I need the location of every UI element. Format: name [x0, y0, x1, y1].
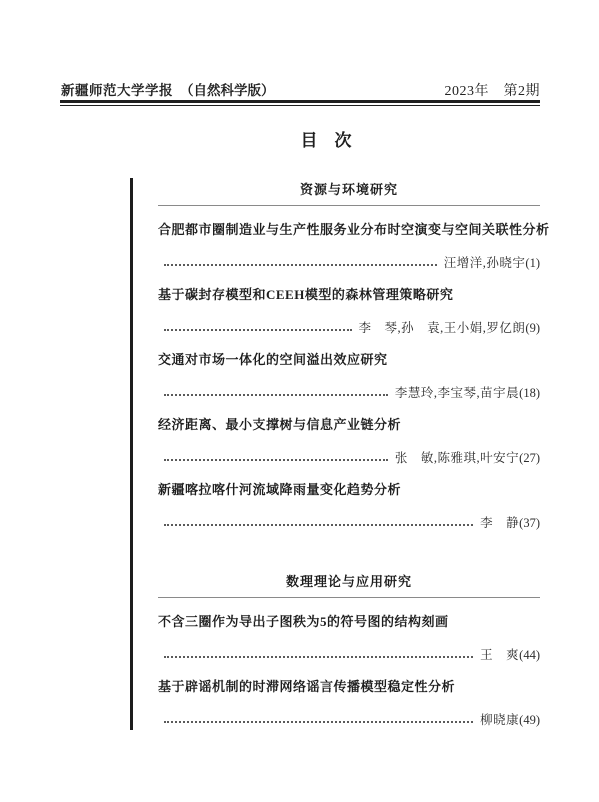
dot-leader — [164, 394, 388, 396]
section-title: 数理理论与应用研究 — [158, 575, 540, 589]
article-authors: 李慧玲,李宝琴,苗宇晨 — [395, 383, 519, 401]
article-page-number: (27) — [519, 451, 540, 466]
article-title: 经济距离、最小支撑树与信息产业链分析 — [158, 416, 540, 433]
toc-entry: 合肥都市圈制造业与生产性服务业分布时空演变与空间关联性分析 汪增洋,孙晓宇(1) — [158, 221, 540, 271]
article-title: 合肥都市圈制造业与生产性服务业分布时空演变与空间关联性分析 — [158, 221, 540, 238]
dot-leader — [164, 721, 473, 723]
leader-row: 李慧玲,李宝琴,苗宇晨(18) — [158, 384, 540, 401]
dot-leader — [164, 524, 473, 526]
section-math-theory-application: 数理理论与应用研究 不含三圈作为导出子图秩为5的符号图的结构刻画 王 爽(44)… — [158, 575, 540, 728]
article-title: 不含三圈作为导出子图秩为5的符号图的结构刻画 — [158, 613, 540, 630]
journal-name: 新疆师范大学学报 — [61, 83, 173, 98]
section-resources-environment: 资源与环境研究 合肥都市圈制造业与生产性服务业分布时空演变与空间关联性分析 汪增… — [158, 183, 540, 531]
article-authors: 王 爽 — [480, 645, 519, 663]
journal-issue: 2023年 第2期 — [445, 80, 541, 100]
leader-row: 柳晓康(49) — [158, 711, 540, 728]
article-title: 交通对市场一体化的空间溢出效应研究 — [158, 351, 540, 368]
toc-entry: 基于碳封存模型和CEEH模型的森林管理策略研究 李 琴,孙 袁,王小娟,罗亿朗(… — [158, 286, 540, 336]
dot-leader — [164, 329, 352, 331]
article-title: 基于碳封存模型和CEEH模型的森林管理策略研究 — [158, 286, 540, 303]
leader-row: 王 爽(44) — [158, 646, 540, 663]
header-double-rule — [60, 100, 540, 106]
article-page-number: (49) — [519, 713, 540, 728]
toc-content: 资源与环境研究 合肥都市圈制造业与生产性服务业分布时空演变与空间关联性分析 汪增… — [158, 183, 540, 743]
article-page-number: (18) — [519, 386, 540, 401]
journal-edition: （自然科学版） — [180, 83, 275, 98]
article-authors: 柳晓康 — [480, 710, 519, 728]
journal-toc-page: { "header": { "journal_name": "新疆师范大学学报"… — [0, 0, 599, 802]
left-vertical-rule — [130, 178, 133, 730]
leader-row: 李 静(37) — [158, 514, 540, 531]
section-underline — [158, 597, 540, 598]
dot-leader — [164, 656, 473, 658]
toc-entry: 基于辟谣机制的时滞网络谣言传播模型稳定性分析 柳晓康(49) — [158, 678, 540, 728]
toc-entry: 经济距离、最小支撑树与信息产业链分析 张 敏,陈雅琪,叶安宁(27) — [158, 416, 540, 466]
article-title: 新疆喀拉喀什河流域降雨量变化趋势分析 — [158, 481, 540, 498]
article-authors: 张 敏,陈雅琪,叶安宁 — [395, 448, 519, 466]
article-page-number: (44) — [519, 648, 540, 663]
article-page-number: (1) — [525, 256, 540, 271]
toc-entry: 不含三圈作为导出子图秩为5的符号图的结构刻画 王 爽(44) — [158, 613, 540, 663]
leader-row: 李 琴,孙 袁,王小娟,罗亿朗(9) — [158, 319, 540, 336]
running-head: 新疆师范大学学报（自然科学版） 2023年 第2期 — [61, 79, 540, 100]
article-authors: 李 琴,孙 袁,王小娟,罗亿朗 — [359, 318, 526, 336]
section-underline — [158, 205, 540, 206]
toc-page-title: 目 次 — [53, 126, 599, 151]
journal-title-block: 新疆师范大学学报（自然科学版） — [61, 79, 275, 100]
article-page-number: (9) — [525, 321, 540, 336]
dot-leader — [164, 459, 388, 461]
leader-row: 汪增洋,孙晓宇(1) — [158, 254, 540, 271]
section-title: 资源与环境研究 — [158, 183, 540, 197]
article-authors: 汪增洋,孙晓宇 — [444, 253, 526, 271]
toc-entry: 新疆喀拉喀什河流域降雨量变化趋势分析 李 静(37) — [158, 481, 540, 531]
article-page-number: (37) — [519, 516, 540, 531]
leader-row: 张 敏,陈雅琪,叶安宁(27) — [158, 449, 540, 466]
article-authors: 李 静 — [480, 513, 519, 531]
article-title: 基于辟谣机制的时滞网络谣言传播模型稳定性分析 — [158, 678, 540, 695]
dot-leader — [164, 264, 437, 266]
toc-entry: 交通对市场一体化的空间溢出效应研究 李慧玲,李宝琴,苗宇晨(18) — [158, 351, 540, 401]
